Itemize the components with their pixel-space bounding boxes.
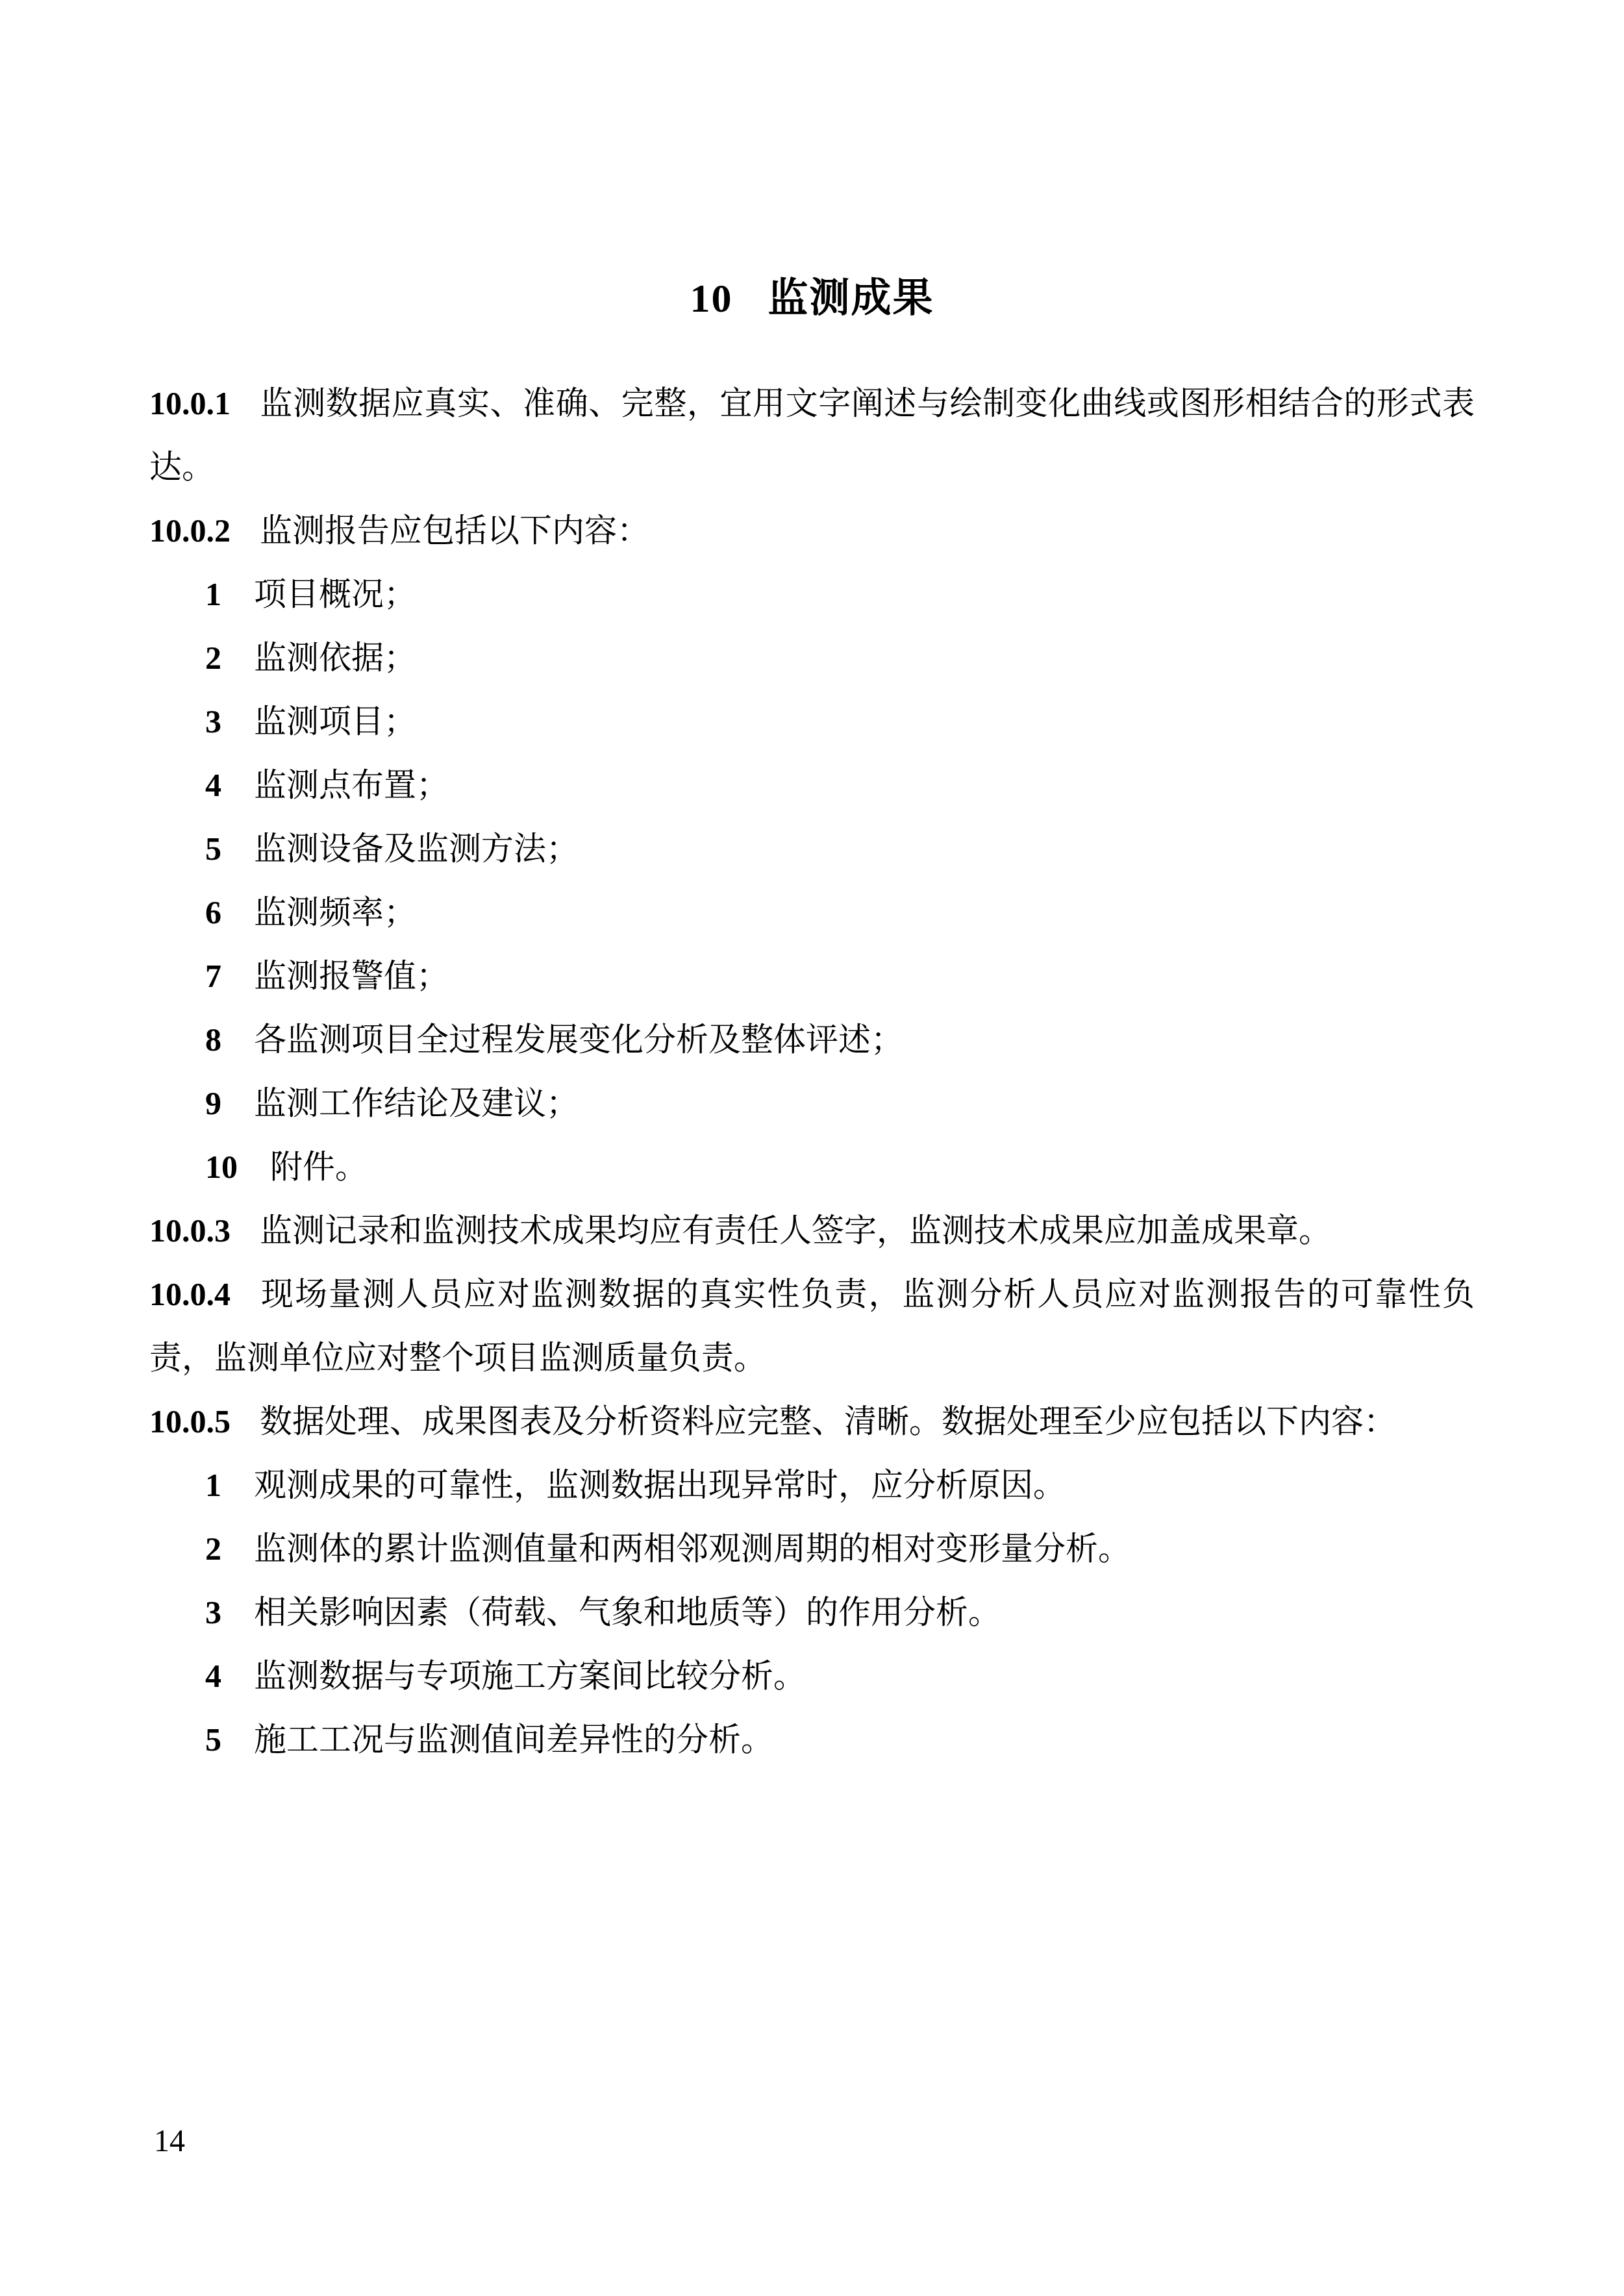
list-item: 9监测工作结论及建议； — [149, 1071, 1475, 1135]
list-item: 8各监测项目全过程发展变化分析及整体评述； — [149, 1008, 1475, 1071]
list-item-number: 5 — [205, 830, 221, 867]
list-item-number: 2 — [205, 1530, 221, 1567]
list-item-number: 4 — [205, 1658, 221, 1694]
document-page: 10监测成果 10.0.1监测数据应真实、准确、完整，宜用文字阐述与绘制变化曲线… — [0, 0, 1624, 2296]
list-item-text: 观测成果的可靠性，监测数据出现异常时，应分析原因。 — [254, 1467, 1066, 1503]
list-item-number: 9 — [205, 1085, 221, 1121]
clause-text: 监测报告应包括以下内容： — [260, 512, 649, 549]
clause-number: 10.0.4 — [149, 1276, 231, 1312]
list-item-text: 相关影响因素（荷载、气象和地质等）的作用分析。 — [254, 1594, 1001, 1630]
list-item-number: 7 — [205, 958, 221, 994]
clause-10-0-2: 10.0.2监测报告应包括以下内容： — [149, 499, 1475, 562]
list-item: 3监测项目； — [149, 690, 1475, 753]
list-item-number: 1 — [205, 1467, 221, 1503]
list-item: 1项目概况； — [149, 562, 1475, 626]
list-item: 4监测数据与专项施工方案间比较分析。 — [149, 1644, 1475, 1708]
list-item: 5监测设备及监测方法； — [149, 817, 1475, 880]
page-content: 10监测成果 10.0.1监测数据应真实、准确、完整，宜用文字阐述与绘制变化曲线… — [149, 273, 1475, 1771]
list-item-number: 6 — [205, 894, 221, 930]
list-item-number: 4 — [205, 767, 221, 803]
list-item-text: 监测报警值； — [254, 958, 449, 994]
list-item: 5施工工况与监测值间差异性的分析。 — [149, 1708, 1475, 1771]
list-item: 3相关影响因素（荷载、气象和地质等）的作用分析。 — [149, 1580, 1475, 1644]
list-item: 7监测报警值； — [149, 944, 1475, 1008]
list-item: 2监测体的累计监测值量和两相邻观测周期的相对变形量分析。 — [149, 1517, 1475, 1580]
list-item-text: 各监测项目全过程发展变化分析及整体评述； — [254, 1021, 903, 1058]
list-item-text: 监测频率； — [254, 894, 416, 930]
clause-number: 10.0.5 — [149, 1403, 231, 1440]
list-item-text: 监测点布置； — [254, 767, 449, 803]
list-item-number: 5 — [205, 1721, 221, 1758]
list-item-text: 监测体的累计监测值量和两相邻观测周期的相对变形量分析。 — [254, 1530, 1131, 1567]
list-item-text: 项目概况； — [254, 576, 416, 612]
list-item: 1观测成果的可靠性，监测数据出现异常时，应分析原因。 — [149, 1453, 1475, 1517]
list-item-text: 附件。 — [270, 1149, 368, 1185]
list-item-text: 监测依据； — [254, 640, 416, 676]
list-item: 2监测依据； — [149, 626, 1475, 690]
list-item: 4监测点布置； — [149, 753, 1475, 817]
clause-10-0-5: 10.0.5数据处理、成果图表及分析资料应完整、清晰。数据处理至少应包括以下内容… — [149, 1390, 1475, 1453]
list-item-number: 2 — [205, 640, 221, 676]
clause-text: 监测记录和监测技术成果均应有责任人签字，监测技术成果应加盖成果章。 — [260, 1212, 1331, 1249]
list-item-text: 施工工况与监测值间差异性的分析。 — [254, 1721, 773, 1758]
clause-number: 10.0.3 — [149, 1212, 231, 1249]
chapter-title: 10监测成果 — [149, 273, 1475, 325]
list-item-number: 3 — [205, 1594, 221, 1630]
list-item: 6监测频率； — [149, 880, 1475, 944]
clause-10-0-4: 10.0.4现场量测人员应对监测数据的真实性负责，监测分析人员应对监测报告的可靠… — [149, 1262, 1475, 1390]
clause-text: 现场量测人员应对监测数据的真实性负责，监测分析人员应对监测报告的可靠性负责，监测… — [149, 1276, 1475, 1376]
clause-number: 10.0.2 — [149, 512, 231, 549]
list-item-number: 10 — [205, 1149, 238, 1185]
list-item-text: 监测工作结论及建议； — [254, 1085, 579, 1121]
list-item-text: 监测数据与专项施工方案间比较分析。 — [254, 1658, 806, 1694]
list-item-text: 监测项目； — [254, 703, 416, 740]
list-item-number: 1 — [205, 576, 221, 612]
page-number: 14 — [154, 2122, 185, 2161]
list-item: 10附件。 — [149, 1135, 1475, 1199]
clause-10-0-3: 10.0.3监测记录和监测技术成果均应有责任人签字，监测技术成果应加盖成果章。 — [149, 1199, 1475, 1262]
clause-text: 监测数据应真实、准确、完整，宜用文字阐述与绘制变化曲线或图形相结合的形式表达。 — [149, 385, 1475, 485]
chapter-name: 监测成果 — [768, 277, 934, 321]
clause-10-0-1: 10.0.1监测数据应真实、准确、完整，宜用文字阐述与绘制变化曲线或图形相结合的… — [149, 371, 1475, 499]
list-item-number: 3 — [205, 703, 221, 740]
chapter-number: 10 — [690, 277, 732, 321]
clause-text: 数据处理、成果图表及分析资料应完整、清晰。数据处理至少应包括以下内容： — [260, 1403, 1396, 1440]
list-item-text: 监测设备及监测方法； — [254, 830, 579, 867]
list-item-number: 8 — [205, 1021, 221, 1058]
clause-number: 10.0.1 — [149, 385, 231, 421]
